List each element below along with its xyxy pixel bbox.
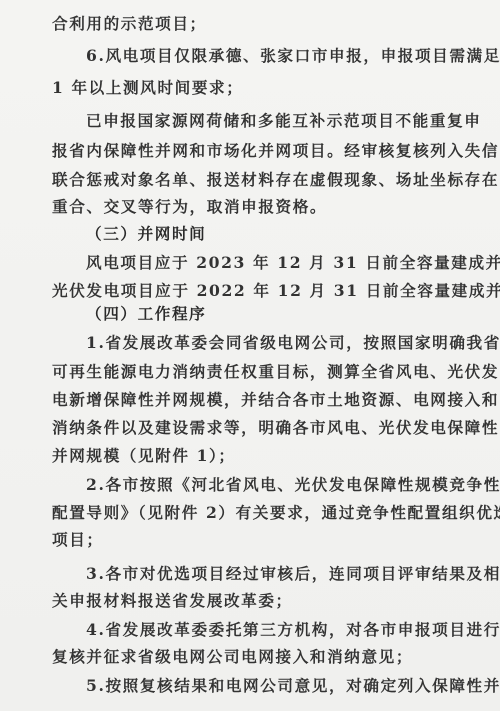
text-line: 风电项目应于 2023 年 12 月 31 日前全容量建成并网， bbox=[86, 253, 462, 273]
text-line: 项目； bbox=[52, 530, 462, 550]
text-line: 已申报国家源网荷储和多能互补示范项目不能重复申 bbox=[86, 111, 462, 131]
text-line: 并网规模（见附件 1）； bbox=[52, 446, 462, 466]
text-line: 光伏发电项目应于 2022 年 12 月 31 日前全容量建成并网。 bbox=[52, 281, 462, 301]
text-line: 消纳条件以及建设需求等，明确各市风电、光伏发电保障性 bbox=[52, 418, 462, 438]
text-line: 3.各市对优选项目经过审核后，连同项目评审结果及相 bbox=[86, 564, 462, 584]
text-line: 1 年以上测风时间要求； bbox=[52, 78, 462, 98]
text-line: 5.按照复核结果和电网公司意见，对确定列入保障性并 bbox=[86, 676, 462, 696]
text-line: 1.省发展改革委会同省级电网公司，按照国家明确我省 bbox=[86, 333, 462, 353]
text-line: 报省内保障性并网和市场化并网项目。经审核复核列入失信 bbox=[52, 141, 462, 161]
text-line: 重合、交叉等行为，取消申报资格。 bbox=[52, 197, 462, 217]
text-line: 复核并征求省级电网公司电网接入和消纳意见； bbox=[52, 647, 462, 667]
document-page: 合利用的示范项目； 6.风电项目仅限承德、张家口市申报，申报项目需满足 1 年以… bbox=[0, 0, 500, 711]
section-heading: （三）并网时间 bbox=[86, 224, 496, 244]
section-heading: （四）工作程序 bbox=[86, 304, 496, 324]
text-line: 电新增保障性并网规模，并结合各市土地资源、电网接入和 bbox=[52, 390, 462, 410]
text-line: 配置导则》（见附件 2）有关要求，通过竞争性配置组织优选 bbox=[52, 503, 462, 523]
text-line: 关申报材料报送省发展改革委； bbox=[52, 591, 462, 611]
text-line: 4.省发展改革委委托第三方机构，对各市申报项目进行 bbox=[86, 620, 462, 640]
text-line: 合利用的示范项目； bbox=[52, 14, 462, 34]
text-line: 可再生能源电力消纳责任权重目标，测算全省风电、光伏发 bbox=[52, 362, 462, 382]
text-line: 6.风电项目仅限承德、张家口市申报，申报项目需满足 bbox=[86, 46, 462, 66]
text-line: 2.各市按照《河北省风电、光伏发电保障性规模竞争性 bbox=[86, 475, 462, 495]
text-line: 联合惩戒对象名单、报送材料存在虚假现象、场址坐标存在 bbox=[52, 170, 462, 190]
